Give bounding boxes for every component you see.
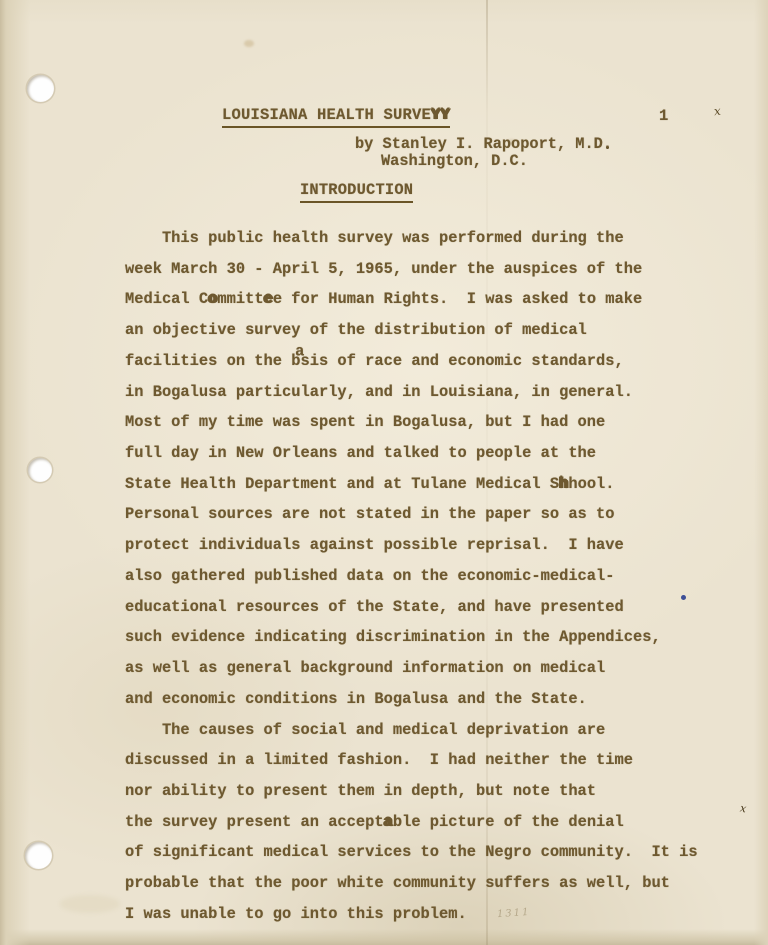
pencil-note: 1311 — [497, 907, 531, 920]
typed-text: Most of my time was spent in Bogalusa, b… — [125, 413, 605, 431]
typed-text: discussed in a limited fashion. I had ne… — [125, 751, 633, 769]
typed-overstrike: a — [384, 813, 393, 831]
punch-hole-bottom — [25, 842, 52, 869]
typed-text: Personal sources are not stated in the p… — [125, 505, 615, 523]
typed-line: State Health Department and at Tulane Me… — [125, 469, 698, 500]
ink-dot — [681, 595, 686, 600]
typed-text: probable that the poor white community s… — [125, 874, 670, 892]
typed-text: I was unable to go into this problem. — [125, 905, 467, 923]
typed-text: State Health Department and at Tulane Me… — [125, 475, 559, 493]
typed-line: probable that the poor white community s… — [125, 868, 698, 899]
typed-text: facilities on the b — [125, 352, 300, 370]
typed-line: Medical Committee for Human Rights. I wa… — [125, 284, 698, 315]
typed-line: I was unable to go into this problem. — [125, 899, 698, 930]
byline: by Stanley I. Rapoport, M.D. — [355, 135, 612, 153]
typed-line: This public health survey was performed … — [125, 223, 698, 254]
typed-line: Most of my time was spent in Bogalusa, b… — [125, 407, 698, 438]
punch-hole-top — [27, 75, 54, 102]
typed-line: nor ability to present them in depth, bu… — [125, 776, 698, 807]
typed-text: the survey present an accept — [125, 813, 384, 831]
handwritten-mark-icon: x — [713, 104, 721, 119]
typed-text: ble picture of the denial — [393, 813, 624, 831]
typed-overstrike: o — [208, 290, 217, 308]
typed-text: week March 30 - April 5, 1965, under the… — [125, 260, 642, 278]
document-title: LOUISIANA HEALTH SURVEYY — [222, 106, 450, 128]
section-heading: INTRODUCTION — [300, 181, 413, 203]
typed-line: in Bogalusa particularly, and in Louisia… — [125, 377, 698, 408]
document-page: LOUISIANA HEALTH SURVEYY 1 x by Stanley … — [0, 0, 768, 945]
typed-line: protect individuals against possible rep… — [125, 530, 698, 561]
typed-text: protect individuals against possible rep… — [125, 536, 624, 554]
typed-line: also gathered published data on the econ… — [125, 561, 698, 592]
byline-location: Washington, D.C. — [381, 152, 528, 170]
typed-text: The causes of social and medical depriva… — [125, 721, 605, 739]
typed-text: LOUISIANA HEALTH SURVE — [222, 106, 431, 124]
typed-overstrike: e — [264, 290, 273, 308]
typed-text: hool. — [568, 475, 614, 493]
typed-text: mmitt — [217, 290, 263, 308]
typed-text: nor ability to present them in depth, bu… — [125, 782, 596, 800]
typed-text: educational resources of the State, and … — [125, 598, 624, 616]
typed-line: such evidence indicating discrimination … — [125, 622, 698, 653]
typed-line: facilities on the basis of race and econ… — [125, 346, 698, 377]
page-number: 1 — [659, 107, 668, 125]
typed-line: as well as general background informatio… — [125, 653, 698, 684]
typed-text: an objective survey of the distribution … — [125, 321, 587, 339]
typed-overstrike: h — [559, 475, 568, 493]
typed-line: discussed in a limited fashion. I had ne… — [125, 745, 698, 776]
typed-line: of significant medical services to the N… — [125, 837, 698, 868]
punch-hole-middle — [28, 458, 52, 482]
typed-line: educational resources of the State, and … — [125, 592, 698, 623]
typed-line: Personal sources are not stated in the p… — [125, 499, 698, 530]
typed-text: of significant medical services to the N… — [125, 843, 698, 861]
typed-text: in Bogalusa particularly, and in Louisia… — [125, 383, 633, 401]
typed-line: week March 30 - April 5, 1965, under the… — [125, 254, 698, 285]
typed-text: sis of race and economic standards, — [300, 352, 623, 370]
margin-mark-icon: x — [739, 802, 747, 816]
typed-text: full day in New Orleans and talked to pe… — [125, 444, 596, 462]
paper-stain — [60, 895, 120, 913]
paper-stain — [244, 40, 254, 47]
typed-text: such evidence indicating discrimination … — [125, 628, 661, 646]
typed-line: an objective survey of the distribution … — [125, 315, 698, 346]
typed-text: as well as general background informatio… — [125, 659, 605, 677]
typed-line: The causes of social and medical depriva… — [125, 715, 698, 746]
typed-line: the survey present an acceptable picture… — [125, 807, 698, 838]
typed-text: e for Human Rights. I was asked to make — [273, 290, 642, 308]
typed-text: This public health survey was performed … — [125, 229, 624, 247]
typed-text: also gathered published data on the econ… — [125, 567, 615, 585]
typed-overstrike: YY — [431, 106, 450, 124]
typed-text: and economic conditions in Bogalusa and … — [125, 690, 587, 708]
typed-text: Medical C — [125, 290, 208, 308]
typed-line: and economic conditions in Bogalusa and … — [125, 684, 698, 715]
typed-line: full day in New Orleans and talked to pe… — [125, 438, 698, 469]
body-text: This public health survey was performed … — [125, 223, 698, 930]
